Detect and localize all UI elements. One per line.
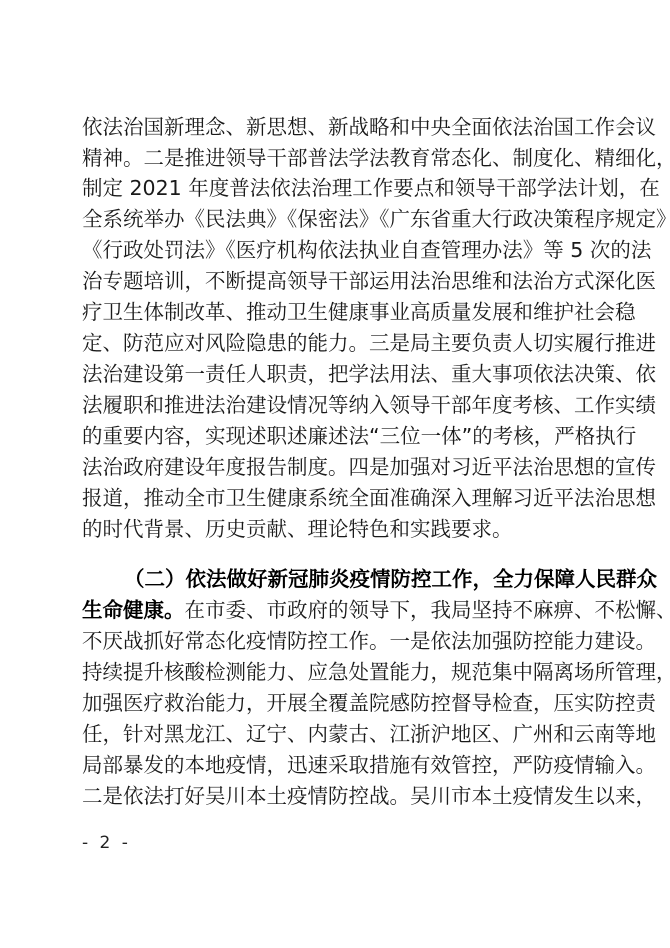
body-text-line: 全系统举办《民法典》《保密法》《广东省重大行政决策程序规定》 — [82, 204, 586, 234]
section-heading-end: 生命健康。 — [82, 598, 185, 622]
body-text-line: 持续提升核酸检测能力、应急处置能力，规范集中隔离场所管理， — [82, 657, 586, 687]
body-text-line: 二是依法打好吴川本土疫情防控战。吴川市本土疫情发生以来， — [82, 781, 586, 811]
document-page: 依法治国新理念、新思想、新战略和中央全面依法治国工作会议 精神。二是推进领导干部… — [0, 0, 670, 948]
body-text-line: 《行政处罚法》《医疗机构依法执业自查管理办法》等 5 次的法 — [82, 235, 586, 265]
body-text-line: 局部暴发的本地疫情，迅速采取措施有效管控，严防疫情输入。 — [82, 750, 586, 780]
body-text-line: 治专题培训，不断提高领导干部运用法治思维和法治方式深化医 — [82, 266, 586, 296]
body-text-line: 不厌战抓好常态化疫情防控工作。一是依法加强防控能力建设。 — [82, 626, 586, 656]
body-text-line: 依法治国新理念、新思想、新战略和中央全面依法治国工作会议 — [82, 112, 586, 142]
body-text: 在市委、市政府的领导下，我局坚持不麻痹、不松懈、 — [185, 598, 670, 622]
section-heading: （二）依法做好新冠肺炎疫情防控工作，全力保障人民群众 — [124, 564, 586, 594]
body-text-line: 法治政府建设年度报告制度。四是加强对习近平法治思想的宣传 — [82, 452, 586, 482]
body-text-line: 报道，推动全市卫生健康系统全面准确深入理解习近平法治思想 — [82, 483, 586, 513]
body-text-line: 法履职和推进法治建设情况等纳入领导干部年度考核、工作实绩 — [82, 390, 586, 420]
body-text-line: 制定 2021 年度普法依法治理工作要点和领导干部学法计划，在 — [82, 173, 586, 203]
body-text-line: 的时代背景、历史贡献、理论特色和实践要求。 — [82, 514, 586, 544]
page-number: - 2 - — [82, 830, 131, 856]
body-text-line: 精神。二是推进领导干部普法学法教育常态化、制度化、精细化， — [82, 143, 586, 173]
body-text-line: 疗卫生体制改革、推动卫生健康事业高质量发展和维护社会稳 — [82, 297, 586, 327]
body-text-line: 任，针对黑龙江、辽宁、内蒙古、江浙沪地区、广州和云南等地 — [82, 719, 586, 749]
section-heading-continuation: 生命健康。在市委、市政府的领导下，我局坚持不麻痹、不松懈、 — [82, 595, 586, 625]
body-text-line: 加强医疗救治能力，开展全覆盖院感防控督导检查，压实防控责 — [82, 688, 586, 718]
body-text-line: 法治建设第一责任人职责，把学法用法、重大事项依法决策、依 — [82, 359, 586, 389]
body-text-line: 的重要内容，实现述职述廉述法“三位一体”的考核，严格执行 — [82, 421, 586, 451]
body-text-line: 定、防范应对风险隐患的能力。三是局主要负责人切实履行推进 — [82, 328, 586, 358]
